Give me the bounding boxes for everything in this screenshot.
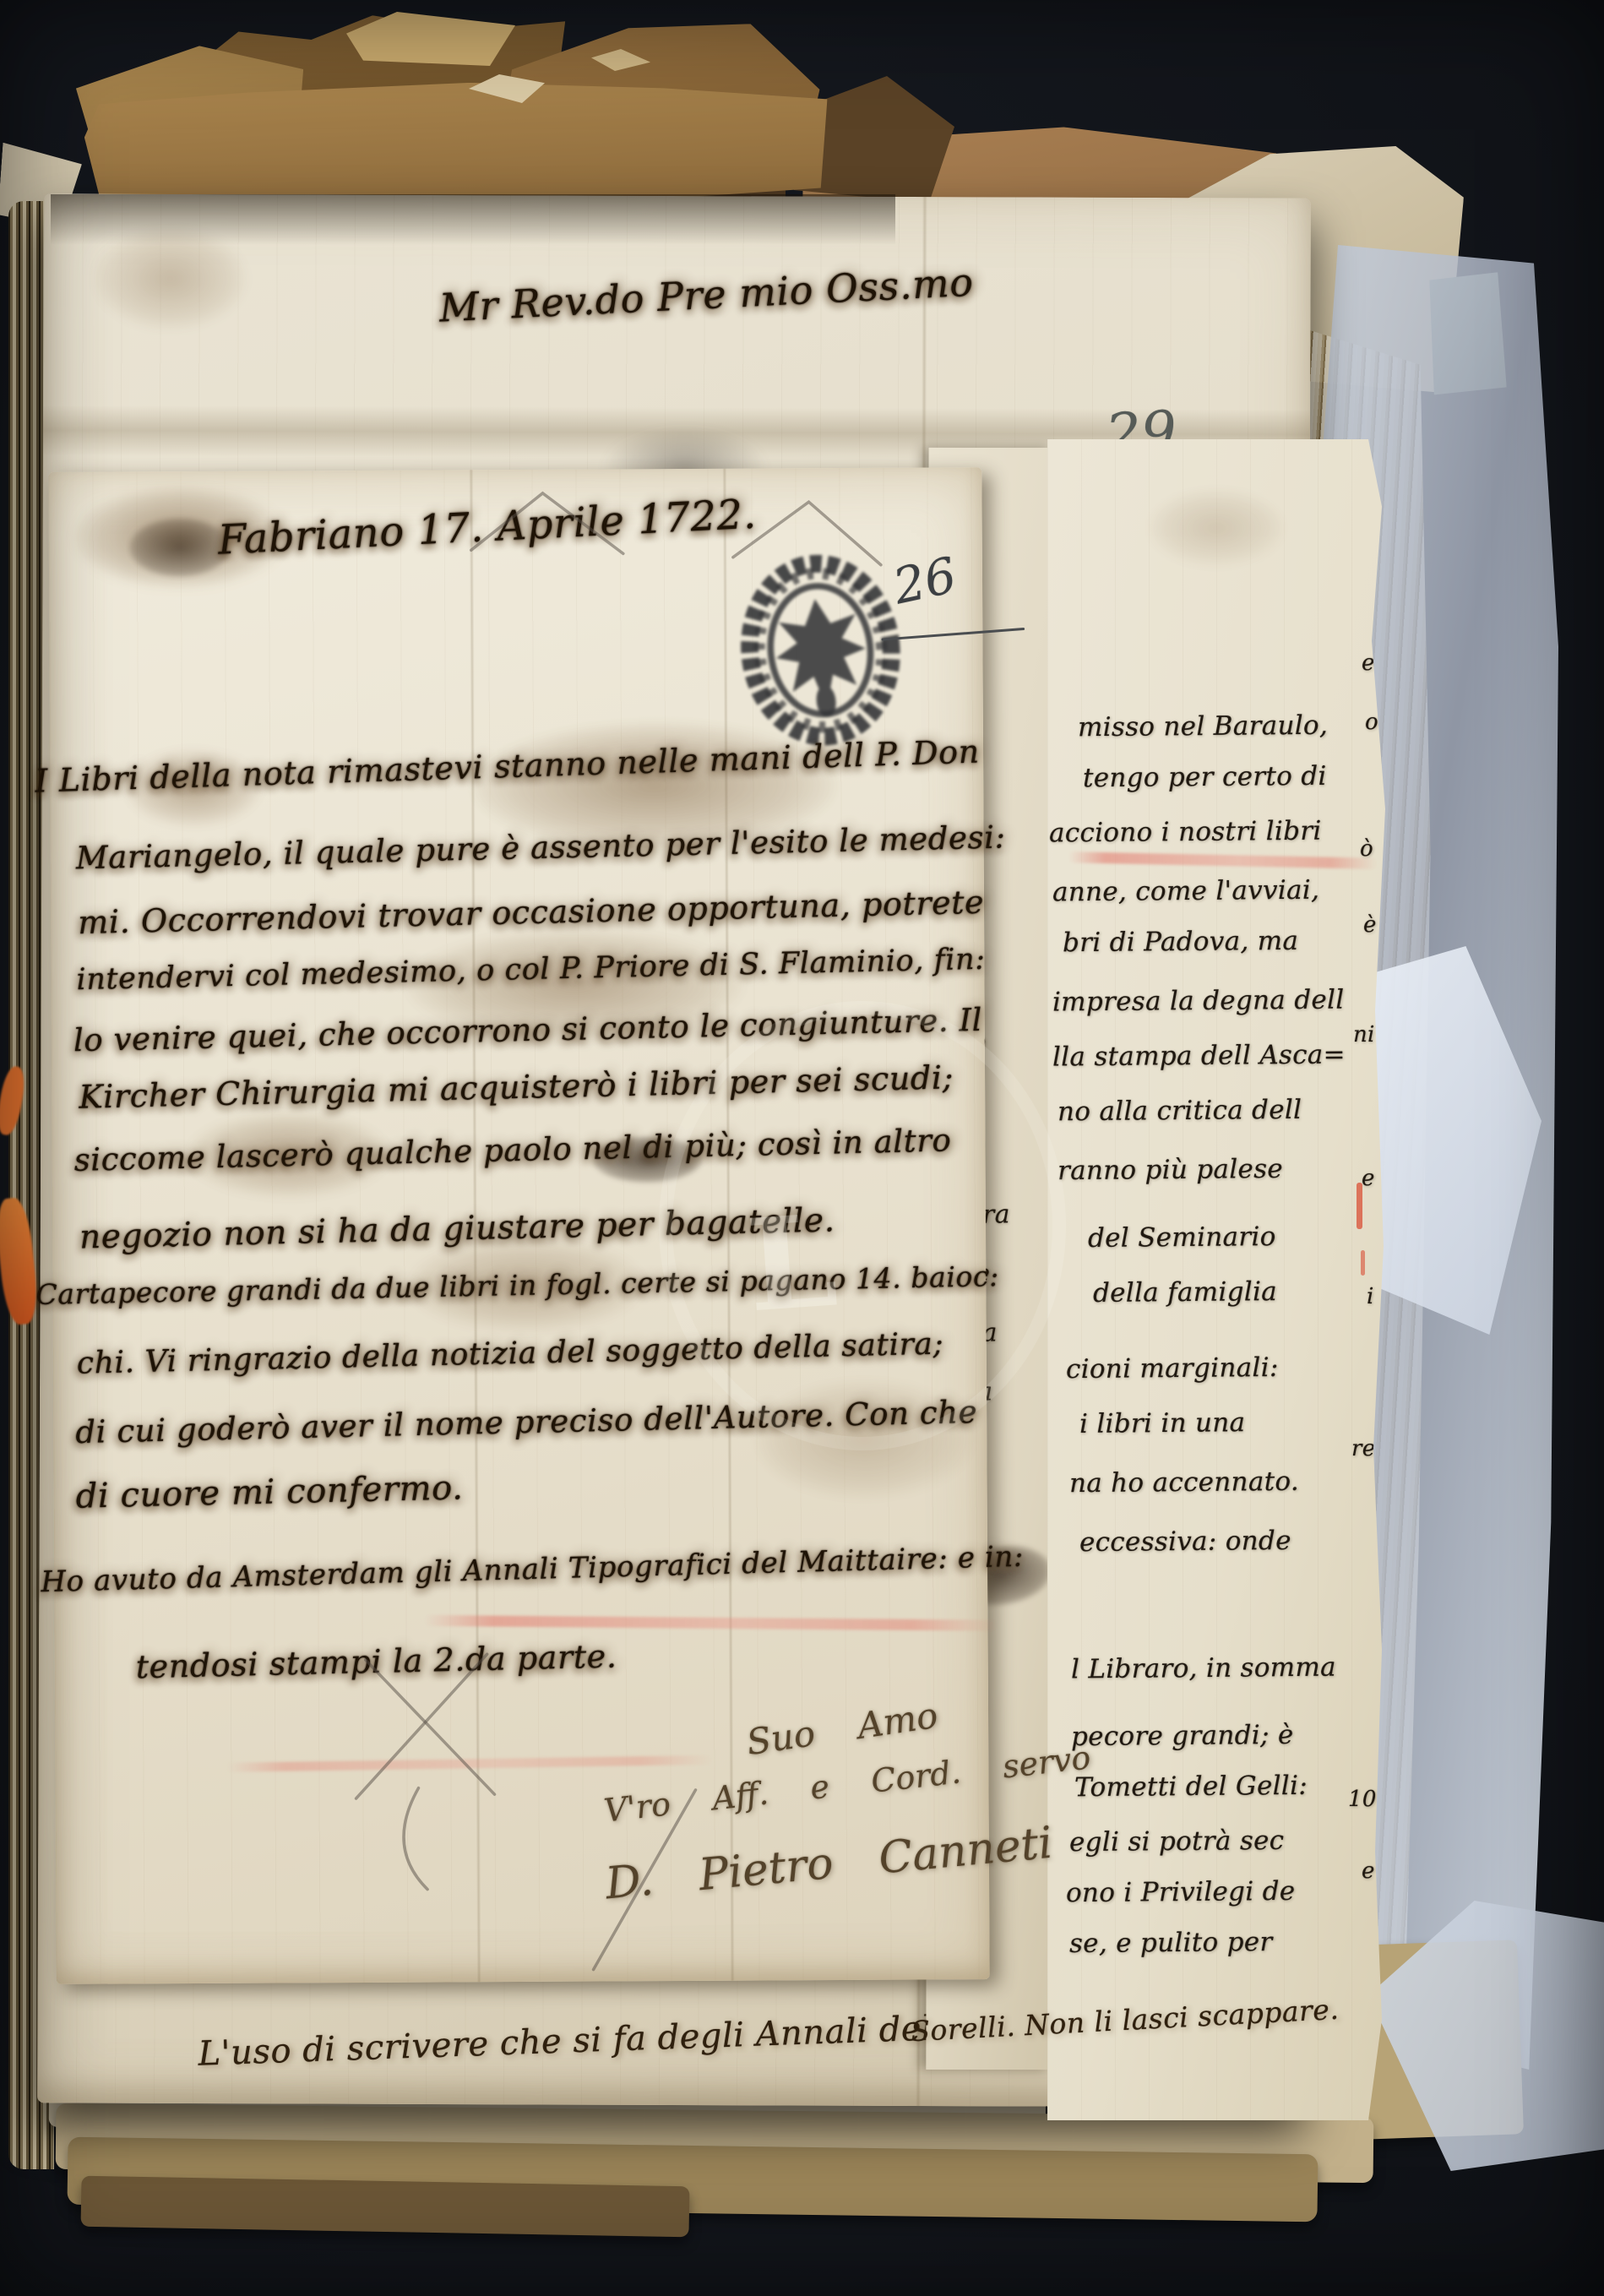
edge-fragment: e — [1362, 1858, 1375, 1884]
edge-fragment: ò — [1360, 836, 1373, 862]
red-pencil-dash — [1361, 1250, 1365, 1276]
edge-fragment: re — [1351, 1436, 1375, 1461]
kraft-envelope-wide-piece — [84, 79, 829, 213]
edge-fragment: è — [1363, 912, 1377, 938]
edge-fragment: i — [1367, 1284, 1374, 1309]
bottom-text-line-left: L'uso di scrivere che si fa degli Annali… — [198, 2009, 933, 2073]
salutation-line: Mr Rev.do Pre mio Oss.mo — [438, 259, 975, 331]
bottom-cover-edge — [81, 2176, 690, 2238]
edge-fragment: o — [1365, 710, 1378, 735]
paper-stain — [94, 228, 246, 330]
right-page-edge-fragments: eoòènieire10e — [1047, 439, 1385, 2120]
closing-line: D. Pietro Canneti — [603, 1818, 1054, 1910]
edge-fragment: e — [1362, 1166, 1375, 1191]
letter-page: Fabriano 17. Aprile 1722. 26 I Libri del… — [48, 467, 989, 1984]
letter-closing: Suo AmoV'ro Aff. e Cord. servoD. Pietro … — [48, 467, 989, 1984]
edge-fragment: 10 — [1348, 1787, 1377, 1812]
red-pencil-dash — [1357, 1183, 1362, 1229]
cover-board-edge — [1422, 268, 1514, 400]
photograph-of-manuscript-letter: Mr Rev.do Pre mio Oss.mo 29 L'uso di scr… — [0, 0, 1604, 2296]
underlying-right-page: misso nel Baraulo,tengo per certo diacci… — [1047, 439, 1385, 2120]
closing-line: Suo Amo — [744, 1695, 941, 1763]
edge-fragment: ni — [1353, 1022, 1375, 1047]
